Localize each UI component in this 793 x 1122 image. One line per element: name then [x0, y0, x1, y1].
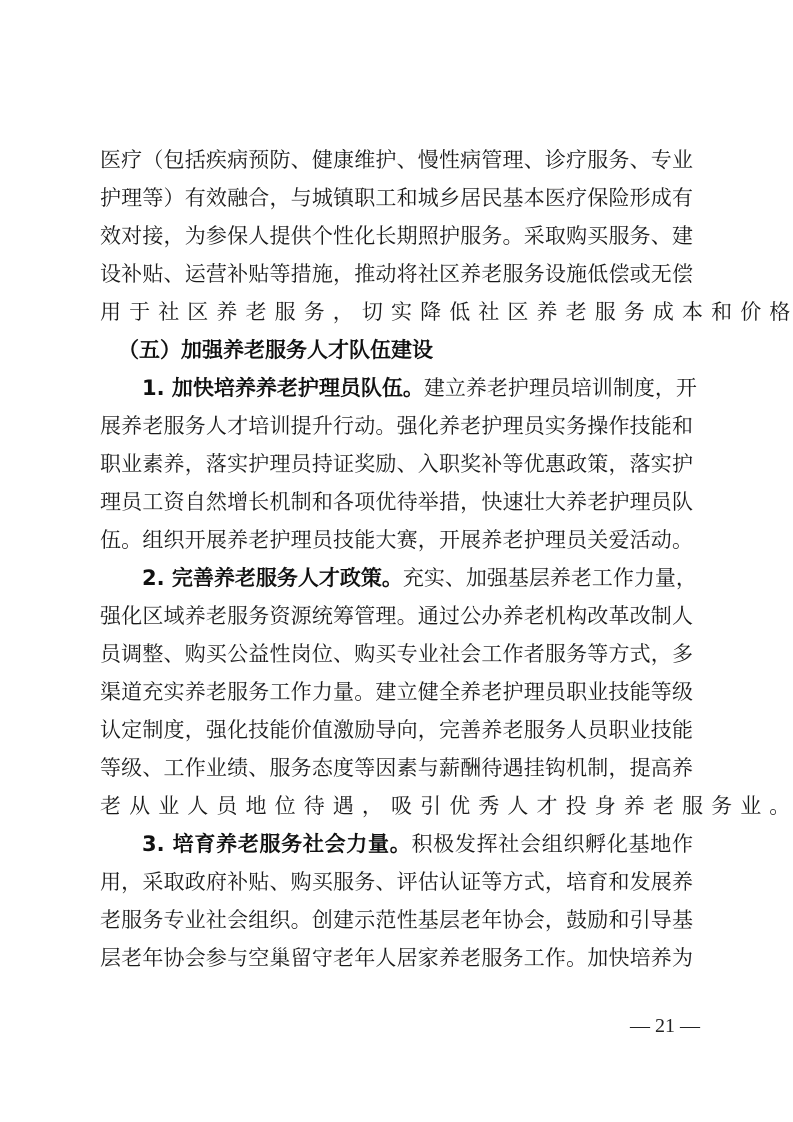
paragraph-line: 渠道充实养老服务工作力量。建立健全养老护理员职业技能等级 [100, 677, 693, 707]
page-number: — 21 — [620, 1015, 710, 1038]
paragraph-line: 理员工资自然增长机制和各项优待举措，快速壮大养老护理员队 [100, 487, 693, 517]
paragraph-line: 效对接，为参保人提供个性化长期照护服务。采取购买服务、建 [100, 221, 693, 251]
paragraph-line: 用，采取政府补贴、购买服务、评估认证等方式，培育和发展养 [100, 867, 693, 897]
paragraph-line: 职业素养，落实护理员持证奖励、入职奖补等优惠政策，落实护 [100, 449, 693, 479]
paragraph-line: 员调整、购买公益性岗位、购买专业社会工作者服务等方式，多 [100, 639, 693, 669]
item-3-lead: 3. 培育养老服务社会力量。 [142, 832, 411, 856]
paragraph-line: 层老年协会参与空巢留守老年人居家养老服务工作。加快培养为 [100, 943, 693, 973]
paragraph-line: 强化区域养老服务资源统筹管理。通过公办养老机构改革改制人 [100, 601, 693, 631]
paragraph-line: 等级、工作业绩、服务态度等因素与薪酬待遇挂钩机制，提高养 [100, 753, 693, 783]
paragraph-line: 老从业人员地位待遇，吸引优秀人才投身养老服务业。 [100, 791, 693, 821]
item-1-first-line: 1. 加快培养养老护理员队伍。建立养老护理员培训制度，开 [142, 373, 693, 403]
paragraph-line: 老服务专业社会组织。创建示范性基层老年协会，鼓励和引导基 [100, 905, 693, 935]
paragraph-line: 设补贴、运营补贴等措施，推动将社区养老服务设施低偿或无偿 [100, 259, 693, 289]
paragraph-line: 用于社区养老服务，切实降低社区养老服务成本和价格。 [100, 297, 693, 327]
item-2-lead: 2. 完善养老服务人才政策。 [142, 566, 403, 590]
item-2-first-line-text: 充实、加强基层养老工作力量， [403, 566, 697, 590]
paragraph-line: 认定制度，强化技能价值激励导向，完善养老服务人员职业技能 [100, 715, 693, 745]
item-1-lead: 1. 加快培养养老护理员队伍。 [142, 376, 424, 400]
paragraph-line: 护理等）有效融合，与城镇职工和城乡居民基本医疗保险形成有 [100, 183, 693, 213]
item-2-first-line: 2. 完善养老服务人才政策。充实、加强基层养老工作力量， [142, 563, 693, 593]
item-3-first-line: 3. 培育养老服务社会力量。积极发挥社会组织孵化基地作 [142, 829, 693, 859]
paragraph-line: 展养老服务人才培训提升行动。强化养老护理员实务操作技能和 [100, 411, 693, 441]
section-heading: （五）加强养老服务人才队伍建设 [118, 335, 433, 365]
document-page: 医疗（包括疾病预防、健康维护、慢性病管理、诊疗服务、专业 护理等）有效融合，与城… [0, 0, 793, 1122]
paragraph-line: 医疗（包括疾病预防、健康维护、慢性病管理、诊疗服务、专业 [100, 145, 693, 175]
paragraph-line: 伍。组织开展养老护理员技能大赛，开展养老护理员关爱活动。 [100, 525, 693, 555]
item-3-first-line-text: 积极发挥社会组织孵化基地作 [411, 832, 693, 856]
item-1-first-line-text: 建立养老护理员培训制度，开 [424, 376, 697, 400]
